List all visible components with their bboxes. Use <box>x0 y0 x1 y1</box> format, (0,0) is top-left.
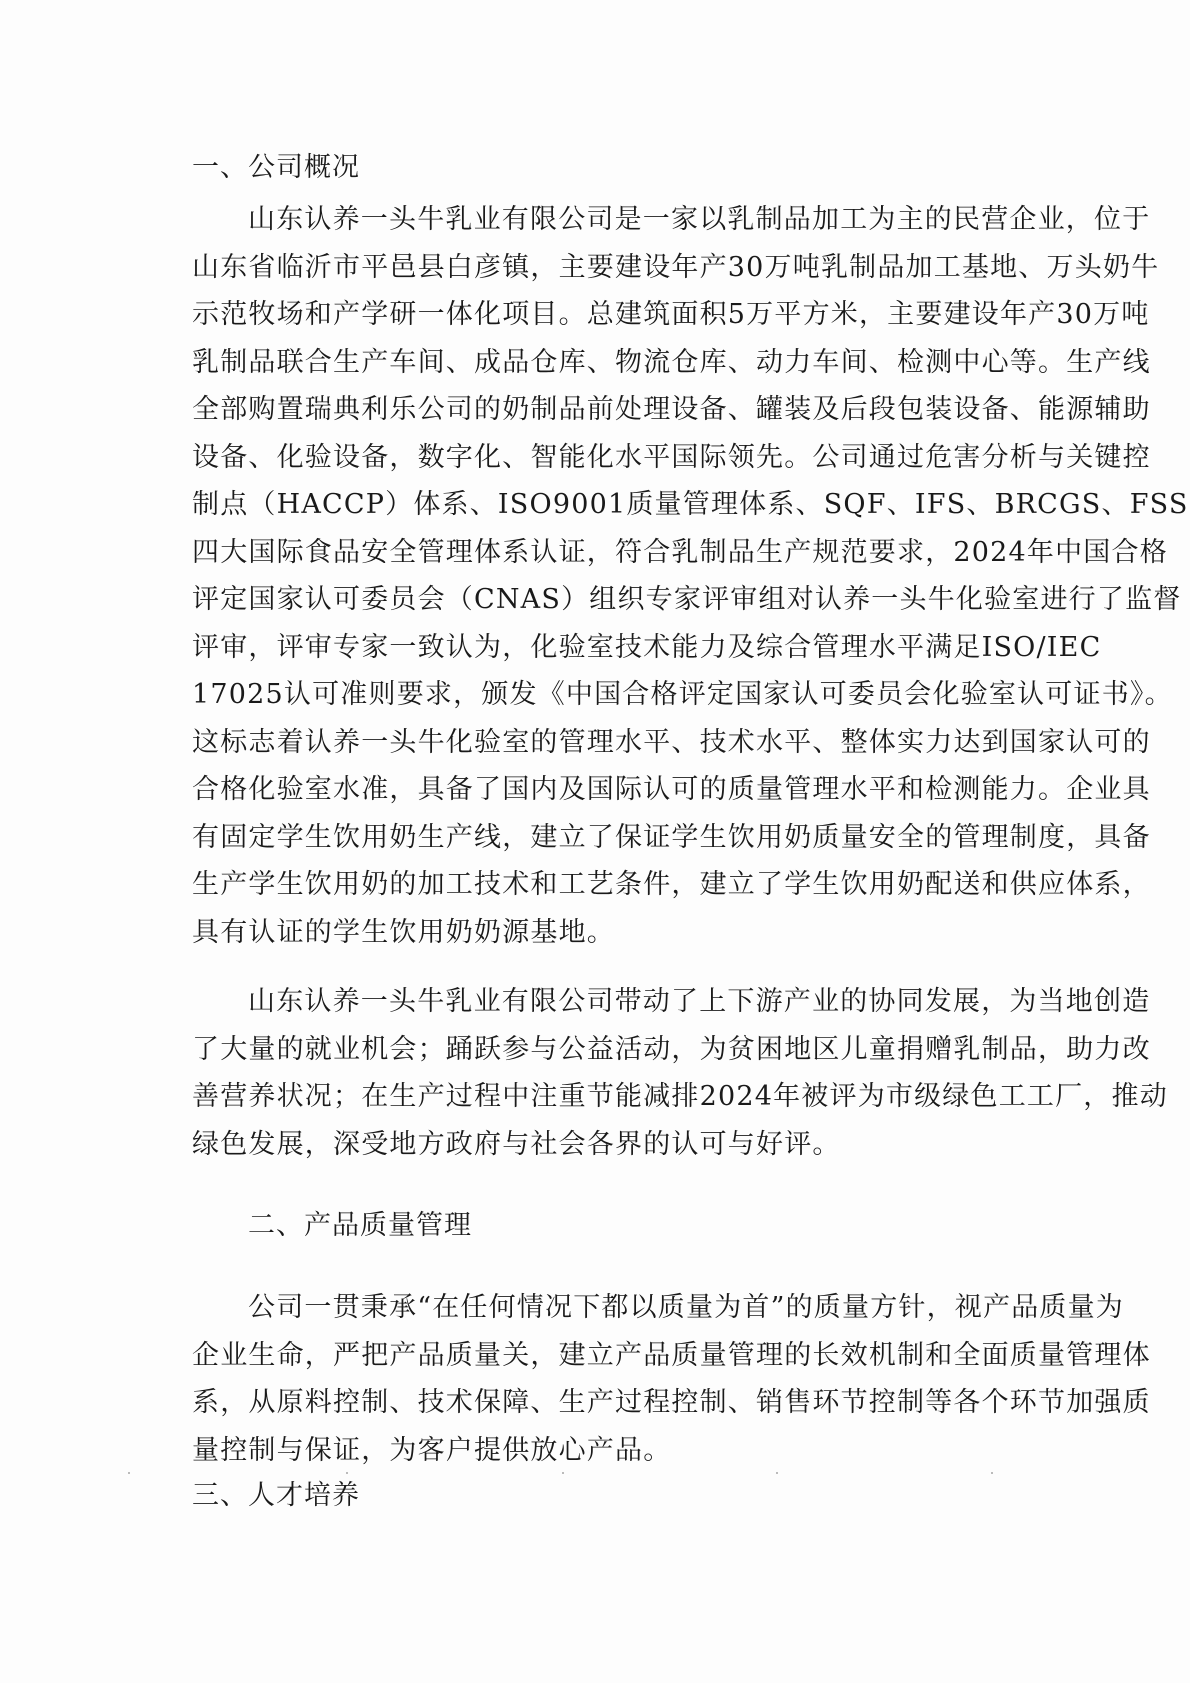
text-line: 评定国家认可委员会（CNAS）组织专家评审组对认养一头牛化验室进行了监督 <box>192 576 1008 624</box>
paragraph-company-overview: 山东认养一头牛乳业有限公司是一家以乳制品加工为主的民营企业，位于 山东省临沂市平… <box>192 196 1008 956</box>
document-page: 一、公司概况 山东认养一头牛乳业有限公司是一家以乳制品加工为主的民营企业，位于 … <box>0 0 1190 1683</box>
text-line: 四大国际食品安全管理体系认证，符合乳制品生产规范要求，2024年中国合格 <box>192 529 1008 577</box>
text-line: 合格化验室水准，具备了国内及国际认可的质量管理水平和检测能力。企业具 <box>192 766 1008 814</box>
text-line: 山东省临沂市平邑县白彦镇，主要建设年产30万吨乳制品加工基地、万头奶牛 <box>192 244 1008 292</box>
text-line: 制点（HACCP）体系、ISO9001质量管理体系、SQF、IFS、BRCGS、… <box>192 481 1008 529</box>
text-line: 山东认养一头牛乳业有限公司带动了上下游产业的协同发展，为当地创造 <box>192 978 1008 1026</box>
text-line: 这标志着认养一头牛化验室的管理水平、技术水平、整体实力达到国家认可的 <box>192 719 1008 767</box>
text-line: 有固定学生饮用奶生产线，建立了保证学生饮用奶质量安全的管理制度，具备 <box>192 814 1008 862</box>
text-line: 绿色发展，深受地方政府与社会各界的认可与好评。 <box>192 1121 1008 1169</box>
paragraph-industry-impact: 山东认养一头牛乳业有限公司带动了上下游产业的协同发展，为当地创造 了大量的就业机… <box>192 978 1008 1168</box>
text-line: 山东认养一头牛乳业有限公司是一家以乳制品加工为主的民营企业，位于 <box>192 196 1008 244</box>
text-line: 了大量的就业机会；踊跃参与公益活动，为贫困地区儿童捐赠乳制品，助力改 <box>192 1026 1008 1074</box>
text-line: 示范牧场和产学研一体化项目。总建筑面积5万平方米，主要建设年产30万吨 <box>192 291 1008 339</box>
text-line: 善营养状况；在生产过程中注重节能减排2024年被评为市级绿色工工厂，推动 <box>192 1073 1008 1121</box>
text-line: 企业生命，严把产品质量关，建立产品质量管理的长效机制和全面质量管理体 <box>192 1332 1008 1380</box>
text-line: 评审，评审专家一致认为，化验室技术能力及综合管理水平满足ISO/IEC <box>192 624 1008 672</box>
text-line: 量控制与保证，为客户提供放心产品。 <box>192 1427 1008 1475</box>
scan-speck <box>991 1472 993 1474</box>
text-line: 乳制品联合生产车间、成品仓库、物流仓库、动力车间、检测中心等。生产线 <box>192 339 1008 387</box>
text-line: 全部购置瑞典利乐公司的奶制品前处理设备、罐装及后段包装设备、能源辅助 <box>192 386 1008 434</box>
text-line: 设备、化验设备，数字化、智能化水平国际领先。公司通过危害分析与关键控 <box>192 434 1008 482</box>
scan-speck <box>562 1472 564 1474</box>
text-line: 公司一贯秉承“在任何情况下都以质量为首”的质量方针，视产品质量为 <box>192 1284 1008 1332</box>
section-heading-company-overview: 一、公司概况 <box>192 150 1008 186</box>
scan-speck <box>128 1472 130 1474</box>
text-line: 17025认可准则要求，颁发《中国合格评定国家认可委员会化验室认可证书》。 <box>192 671 1008 719</box>
scan-speck <box>346 1472 348 1474</box>
document-body: 一、公司概况 山东认养一头牛乳业有限公司是一家以乳制品加工为主的民营企业，位于 … <box>192 150 1008 1514</box>
paragraph-product-quality: 公司一贯秉承“在任何情况下都以质量为首”的质量方针，视产品质量为 企业生命，严把… <box>192 1284 1008 1474</box>
scan-speck <box>776 1472 778 1474</box>
section-heading-product-quality: 二、产品质量管理 <box>192 1208 1008 1244</box>
section-heading-talent-cultivation: 三、人才培养 <box>192 1478 1008 1514</box>
text-line: 生产学生饮用奶的加工技术和工艺条件，建立了学生饮用奶配送和供应体系， <box>192 861 1008 909</box>
text-line: 具有认证的学生饮用奶奶源基地。 <box>192 909 1008 957</box>
text-line: 系，从原料控制、技术保障、生产过程控制、销售环节控制等各个环节加强质 <box>192 1379 1008 1427</box>
